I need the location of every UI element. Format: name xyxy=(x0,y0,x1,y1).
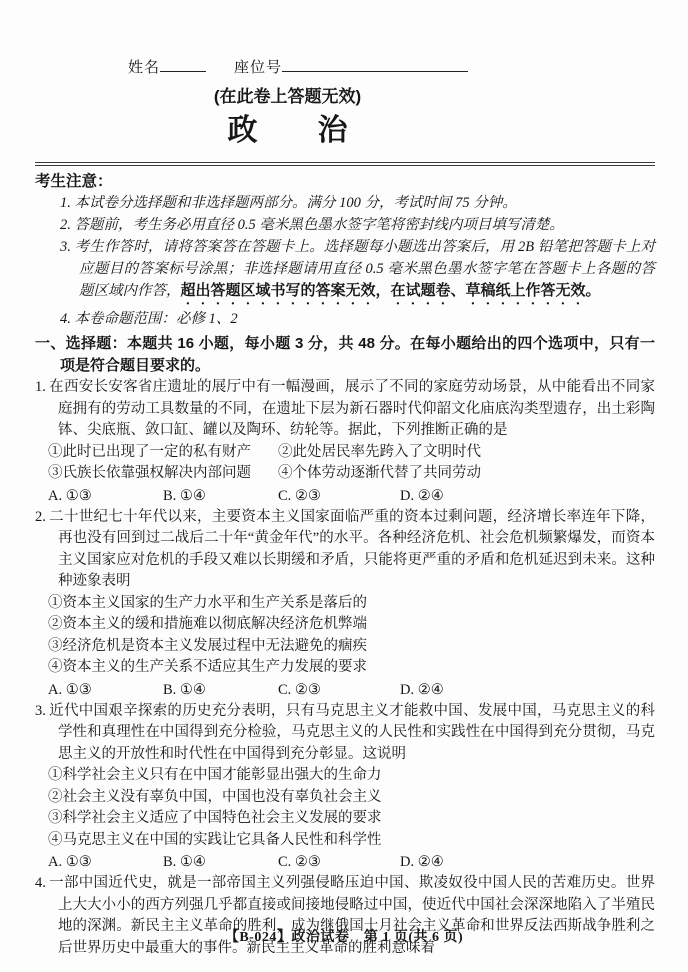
seat-label: 座位号 xyxy=(234,60,282,76)
statement-1: ①资本主义国家的生产力水平和生产关系是落后的 xyxy=(48,593,655,615)
header-center: (在此卷上答题无效) 政 治 xyxy=(35,82,540,148)
question-stem-row: 3.近代中国艰辛探索的历史充分表明，只有马克思主义才能救中国、发展中国，马克思主… xyxy=(35,701,655,766)
notice-item-4: 4. 本卷命题范围：必修 1、2 xyxy=(35,308,655,330)
notice-item-emphasis: 超出答题区域书写的答案无效，在试题卷、草稿纸上作答无效。 xyxy=(181,282,601,299)
question-2: 2.二十世纪七十年代以来，主要资本主义国家面临严重的资本过剩问题，经济增长率连年… xyxy=(35,507,655,701)
question-stem: 二十世纪七十年代以来，主要资本主义国家面临严重的资本过剩问题，经济增长率连年下降… xyxy=(49,509,655,590)
exam-page: 姓名座位号 (在此卷上答题无效) 政 治 考生注意： 1. 本试卷分选择题和非选… xyxy=(0,0,688,972)
statement-2: ②资本主义的缓和措施难以彻底解决经济危机弊端 xyxy=(48,614,655,636)
choice-b: B. ①④ xyxy=(163,679,278,701)
question-number: 3. xyxy=(35,703,46,719)
statement-1: ①科学社会主义只有在中国才能彰显出强大的生命力 xyxy=(48,765,655,787)
statement-2: ②此处居民率先跨入了文明时代 xyxy=(278,442,655,464)
statement-4: ④个体劳动逐渐代替了共同劳动 xyxy=(278,463,655,485)
notice-item-text: 4. 本卷命题范围：必修 1、2 xyxy=(60,311,238,327)
candidate-notice: 考生注意： 1. 本试卷分选择题和非选择题两部分。满分 100 分，考试时间 7… xyxy=(35,171,655,330)
question-stem: 在西安长安客省庄遗址的展厅中有一幅漫画，展示了不同的家庭劳动场景，从中能看出不同… xyxy=(49,379,655,438)
choice-b: B. ①④ xyxy=(163,485,278,507)
question-statements: ①资本主义国家的生产力水平和生产关系是落后的 ②资本主义的缓和措施难以彻底解决经… xyxy=(35,593,655,679)
answer-invalid-notice: (在此卷上答题无效) xyxy=(35,82,540,107)
choice-d: D. ②④ xyxy=(400,851,655,873)
notice-item-text: 1. 本试卷分选择题和非选择题两部分。满分 100 分，考试时间 75 分钟。 xyxy=(60,195,517,211)
question-stem: 近代中国艰辛探索的历史充分表明，只有马克思主义才能救中国、发展中国，马克思主义的… xyxy=(49,703,655,762)
notice-item-1: 1. 本试卷分选择题和非选择题两部分。满分 100 分，考试时间 75 分钟。 xyxy=(35,192,655,214)
question-stem-row: 4.一部中国近代史，就是一部帝国主义列强侵略压迫中国、欺凌奴役中国人民的苦难历史… xyxy=(35,873,655,959)
exam-title: 政 治 xyxy=(35,114,540,148)
statement-3: ③经济危机是资本主义发展过程中无法避免的痼疾 xyxy=(48,636,655,658)
question-choices: A. ①③ B. ①④ C. ②③ D. ②④ xyxy=(35,485,655,507)
statement-4: ④资本主义的生产关系不适应其生产力发展的要求 xyxy=(48,657,655,679)
question-number: 1. xyxy=(35,379,46,395)
choice-a: A. ①③ xyxy=(48,851,163,873)
statement-2: ②社会主义没有辜负中国，中国也没有辜负社会主义 xyxy=(48,787,655,809)
choice-d: D. ②④ xyxy=(400,679,655,701)
name-seat-row: 姓名座位号 xyxy=(128,56,655,79)
choice-c: C. ②③ xyxy=(278,851,400,873)
header-divider-rule xyxy=(35,162,655,166)
notice-item-2: 2. 答题前，考生务必用直径 0.5 毫米黑色墨水签字笔将密封线内项目填写清楚。 xyxy=(35,214,655,236)
name-blank-field[interactable] xyxy=(160,58,206,72)
section-one-heading: 一、选择题：本题共 16 小题，每小题 3 分，共 48 分。在每小题给出的四个… xyxy=(35,333,655,377)
question-1: 1.在西安长安客省庄遗址的展厅中有一幅漫画，展示了不同的家庭劳动场景，从中能看出… xyxy=(35,377,655,507)
statement-3: ③氏族长依靠强权解决内部问题 xyxy=(48,463,278,485)
notice-item-3: 3. 考生作答时，请将答案答在答题卡上。选择题每小题选出答案后，用 2B 铅笔把… xyxy=(35,236,655,308)
question-4: 4.一部中国近代史，就是一部帝国主义列强侵略压迫中国、欺凌奴役中国人民的苦难历史… xyxy=(35,873,655,959)
choice-c: C. ②③ xyxy=(278,485,400,507)
statement-1: ①此时已出现了一定的私有财产 xyxy=(48,442,278,464)
question-statements: ①此时已出现了一定的私有财产 ②此处居民率先跨入了文明时代 ③氏族长依靠强权解决… xyxy=(35,442,655,485)
page-footer: 【B-024】政治试卷 第 1 页(共 6 页) xyxy=(0,926,688,946)
question-number: 4. xyxy=(35,875,46,891)
question-choices: A. ①③ B. ①④ C. ②③ D. ②④ xyxy=(35,679,655,701)
choice-b: B. ①④ xyxy=(163,851,278,873)
choice-d: D. ②④ xyxy=(400,485,655,507)
statement-3: ③科学社会主义适应了中国特色社会主义发展的要求 xyxy=(48,808,655,830)
statement-4: ④马克思主义在中国的实践让它具备人民性和科学性 xyxy=(48,830,655,852)
question-stem-row: 1.在西安长安客省庄遗址的展厅中有一幅漫画，展示了不同的家庭劳动场景，从中能看出… xyxy=(35,377,655,442)
question-3: 3.近代中国艰辛探索的历史充分表明，只有马克思主义才能救中国、发展中国，马克思主… xyxy=(35,701,655,874)
question-statements: ①科学社会主义只有在中国才能彰显出强大的生命力 ②社会主义没有辜负中国，中国也没… xyxy=(35,765,655,851)
choice-a: A. ①③ xyxy=(48,485,163,507)
question-number: 2. xyxy=(35,509,46,525)
notice-heading: 考生注意： xyxy=(35,171,655,192)
question-choices: A. ①③ B. ①④ C. ②③ D. ②④ xyxy=(35,851,655,873)
question-stem-row: 2.二十世纪七十年代以来，主要资本主义国家面临严重的资本过剩问题，经济增长率连年… xyxy=(35,507,655,593)
choice-c: C. ②③ xyxy=(278,679,400,701)
seat-blank-field[interactable] xyxy=(282,58,468,72)
name-label: 姓名 xyxy=(128,60,160,76)
notice-item-text: 2. 答题前，考生务必用直径 0.5 毫米黑色墨水签字笔将密封线内项目填写清楚。 xyxy=(60,217,564,233)
choice-a: A. ①③ xyxy=(48,679,163,701)
page-header: 姓名座位号 (在此卷上答题无效) 政 治 xyxy=(35,56,655,148)
